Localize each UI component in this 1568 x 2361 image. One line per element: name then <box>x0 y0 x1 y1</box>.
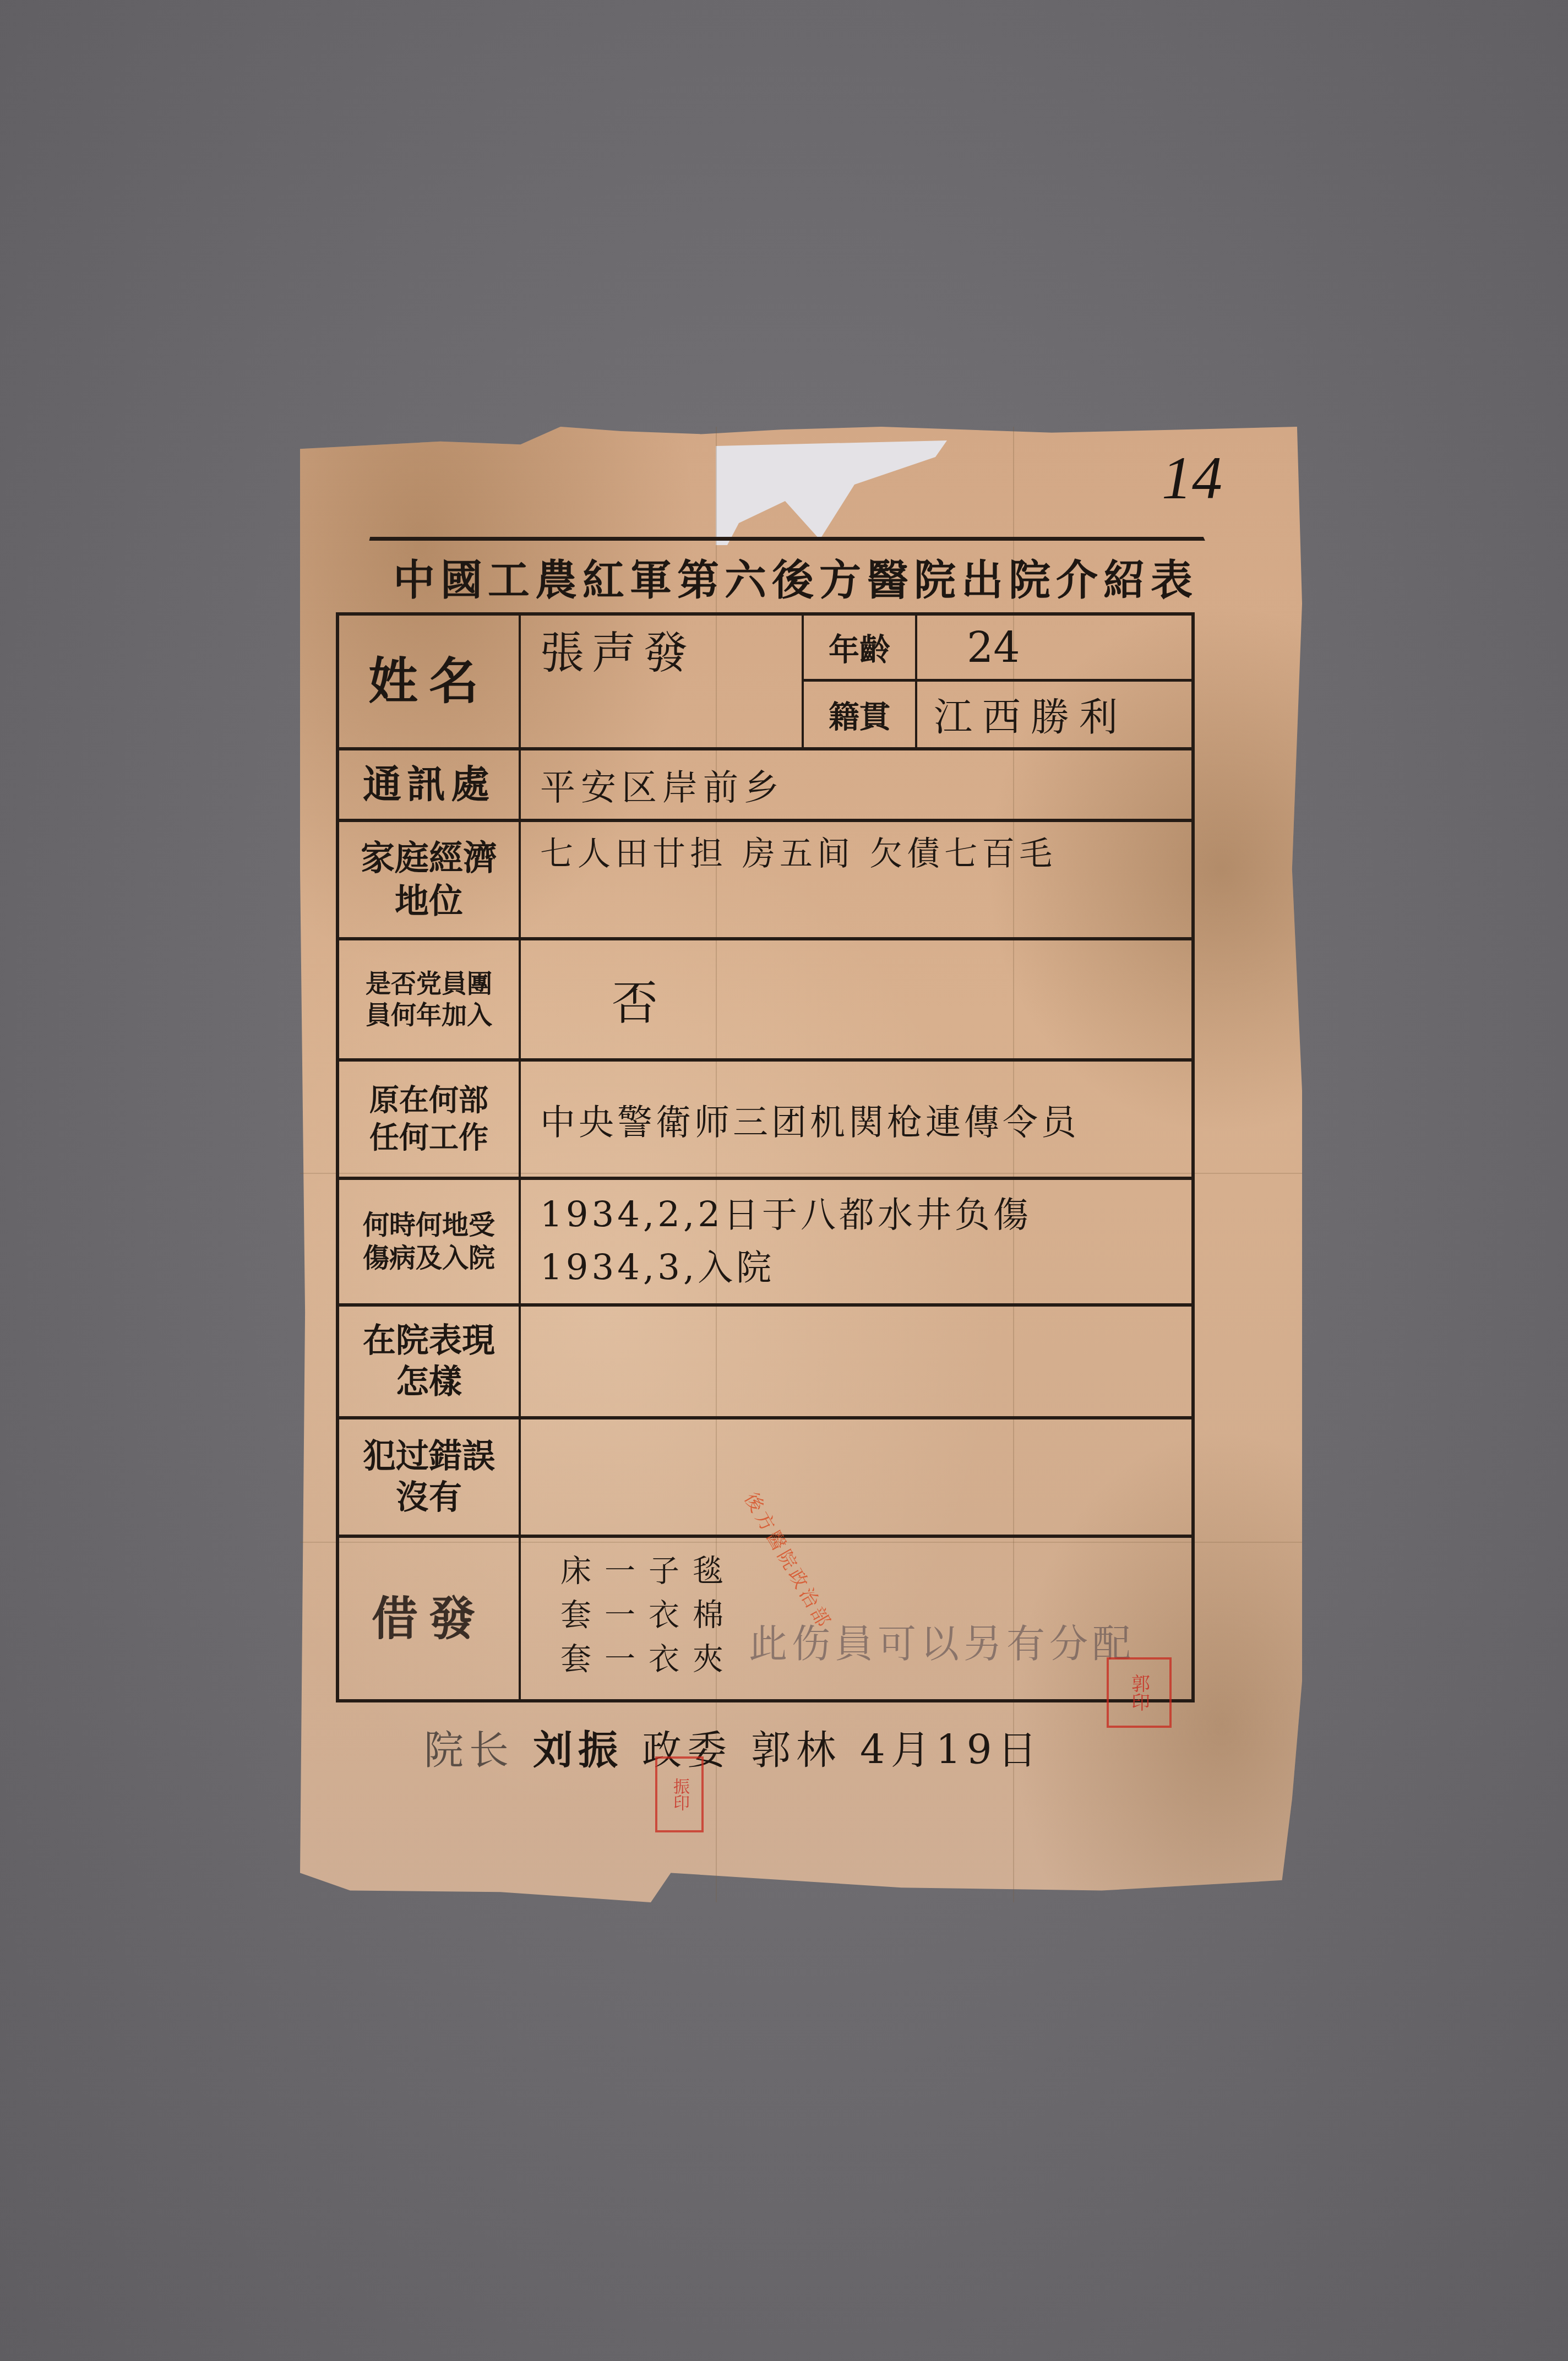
seal-stamp: 郭印 <box>1107 1657 1172 1728</box>
signature-line: 院长 刘振 政委 郭林 4月19日 <box>424 1718 1043 1775</box>
row-party-membership: 是否党員團員何年加入 否 <box>339 940 1191 1062</box>
page-number: 14 <box>1162 443 1222 513</box>
value-age: 24 <box>917 616 1193 682</box>
value-native-place: 江西勝利 <box>917 682 1193 747</box>
issued-item: 夾衣一套 <box>551 1642 727 1687</box>
label-name: 姓名 <box>339 616 521 747</box>
director-label: 院长 <box>424 1718 514 1775</box>
pencil-note: 此伤員可以另有分配 <box>749 1613 1135 1669</box>
row-unit-duty: 原在何部任何工作 中央警衛师三团机関枪連傳令员 <box>339 1062 1191 1180</box>
label-unit-duty: 原在何部任何工作 <box>339 1062 521 1177</box>
seal-stamp: 振印 <box>655 1756 704 1832</box>
issued-item: 棉衣一套 <box>551 1598 727 1642</box>
label-family-economy: 家庭經濟地位 <box>339 822 521 937</box>
value-party-membership: 否 <box>529 940 1191 1058</box>
label-issued-items: 借發 <box>339 1538 521 1699</box>
row-name: 姓名 張声發 年齡 24 籍貫 江西勝利 <box>339 616 1191 750</box>
injury-line: 1934,2,2日于八都水井负傷 <box>540 1189 1032 1242</box>
row-conduct: 在院表現怎樣 <box>339 1307 1191 1419</box>
date: 4月19日 <box>860 1718 1042 1775</box>
issued-items-list: 毯子一床 棉衣一套 夾衣一套 <box>543 1554 736 1687</box>
label-age: 年齡 <box>802 616 917 682</box>
value-family-economy: 七人田廿担 房五间 欠債七百毛 <box>529 822 1191 937</box>
label-party-membership: 是否党員團員何年加入 <box>339 940 521 1058</box>
row-family-economy: 家庭經濟地位 七人田廿担 房五间 欠債七百毛 <box>339 822 1191 940</box>
value-unit-duty: 中央警衛师三团机関枪連傳令员 <box>529 1062 1191 1177</box>
admission-line: 1934,3,入院 <box>540 1242 775 1294</box>
row-address: 通訊處 平安区岸前乡 <box>339 750 1191 822</box>
label-mistakes: 犯过錯誤沒有 <box>339 1419 521 1535</box>
label-conduct: 在院表現怎樣 <box>339 1307 521 1416</box>
label-injury-admission: 何時何地受傷病及入院 <box>339 1180 521 1303</box>
issued-item: 毯子一床 <box>551 1554 727 1598</box>
value-conduct <box>529 1307 1191 1416</box>
commissar-name: 郭林 <box>751 1718 841 1775</box>
form-title-box: 中國工農紅軍第六後方醫院出院介紹表 <box>352 537 1239 612</box>
value-name: 張声發 <box>529 616 791 682</box>
value-address: 平安区岸前乡 <box>529 750 1191 819</box>
value-mistakes <box>529 1419 1191 1535</box>
row-injury-admission: 何時何地受傷病及入院 1934,2,2日于八都水井负傷 1934,3,入院 <box>339 1180 1191 1307</box>
director-name: 刘振 <box>533 1718 623 1775</box>
label-address: 通訊處 <box>339 750 521 819</box>
form-title: 中國工農紅軍第六後方醫院出院介紹表 <box>393 547 1198 607</box>
label-native-place: 籍貫 <box>802 682 917 747</box>
value-injury-admission: 1934,2,2日于八都水井负傷 1934,3,入院 <box>529 1180 1191 1303</box>
